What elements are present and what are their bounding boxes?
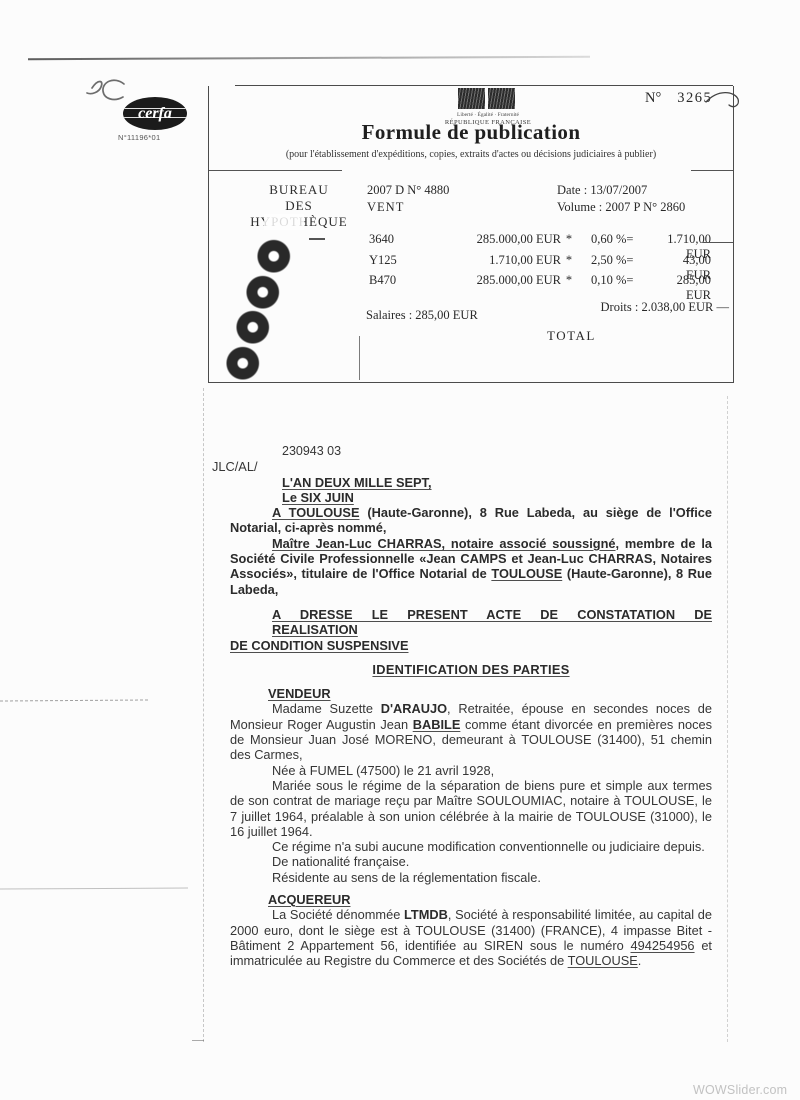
fee-row: Y125 1.710,00 EUR * 2,50 %= 43,00 EUR [369, 253, 711, 274]
vendeur-paragraph-1: Madame Suzette D'ARAUJO, Retraitée, épou… [230, 701, 712, 762]
vendeur-heading: VENDEUR [268, 686, 712, 701]
cerfa-number: N°11196*01 [118, 133, 198, 142]
total-label: TOTAL [547, 328, 596, 344]
acquereur-heading: ACQUEREUR [268, 892, 712, 907]
date-value: 13/07/2007 [590, 183, 647, 197]
fee-star: * [561, 253, 577, 268]
page-fold-line-left [203, 388, 204, 1042]
fee-star: * [561, 232, 577, 247]
scan-artifact-line-acquereur [0, 888, 188, 890]
fee-row: B470 285.000,00 EUR * 0,10 %= 285,00 EUR [369, 273, 711, 294]
fee-table: 3640 285.000,00 EUR * 0,60 %= 1.710,00 E… [369, 232, 711, 294]
scan-artifact-line-vendeur [0, 699, 148, 701]
punch-hole-stamp-icon [256, 237, 293, 274]
emblem-motto: Liberté · Égalité · Fraternité [436, 112, 540, 118]
punch-hole-stamp-icon [245, 273, 282, 310]
form-subtitle: (pour l'établissement d'expéditions, cop… [209, 149, 733, 160]
vendeur-paragraph-2: Née à FUMEL (47500) le 21 avril 1928, [230, 763, 712, 778]
fee-row: 3640 285.000,00 EUR * 0,60 %= 1.710,00 E… [369, 232, 711, 253]
header-divider-right [691, 170, 733, 171]
form-box-top-border [235, 85, 733, 86]
vendeur-paragraph-5: De nationalité française. [230, 854, 712, 869]
deed-body: 230943 03 JLC/AL/ L'AN DEUX MILLE SEPT, … [208, 444, 712, 969]
opening-paragraph-2: Maître Jean-Luc CHARRAS, notaire associé… [230, 536, 712, 597]
fee-rate: 0,60 %= [577, 232, 663, 247]
acquereur-paragraph-1: La Société dénommée LTMDB, Société à res… [230, 907, 712, 968]
dossier-ref: 2007 D N° 4880 [367, 182, 449, 199]
cerfa-logo-text: cerfa [138, 105, 172, 123]
volume-value: 2007 P N° 2860 [605, 200, 685, 214]
deed-date-line1: L'AN DEUX MILLE SEPT, [282, 475, 712, 490]
deed-date-line2: Le SIX JUIN [282, 490, 712, 505]
publication-form-box: Liberté · Égalité · Fraternité RÉPUBLIQU… [208, 86, 734, 383]
salaires-value: Salaires : 285,00 EUR [366, 308, 478, 323]
volume-label: Volume : [557, 200, 602, 214]
salaires-tick-line [359, 336, 360, 380]
fee-rate: 2,50 %= [577, 253, 663, 268]
opening-paragraph-1: A TOULOUSE (Haute-Garonne), 8 Rue Labeda… [230, 505, 712, 536]
form-number-label: N° [645, 90, 661, 106]
scan-fade-mask [264, 214, 304, 230]
handwritten-jc-initials-icon [76, 76, 128, 110]
form-title: Formule de publication [209, 120, 733, 145]
bureau-line2: DES [229, 198, 369, 214]
punch-hole-stamp-icon [235, 308, 272, 345]
fee-base: 285.000,00 EUR [419, 232, 561, 247]
bureau-line3: HYPOTHÈQUE [250, 214, 347, 230]
cerfa-logo: cerfa [123, 97, 187, 130]
watermark: WOWSlider.com [693, 1083, 787, 1097]
droits-value: Droits : 2.038,00 EUR — [601, 300, 729, 315]
header-divider-left [209, 170, 342, 171]
bureau-block: BUREAU DES HYPOTHÈQUE [229, 182, 369, 230]
fee-base: 1.710,00 EUR [419, 253, 561, 268]
fee-code: B470 [369, 273, 419, 288]
file-number: 230943 03 [282, 444, 712, 459]
fee-total-line [703, 242, 733, 243]
vendeur-paragraph-3: Mariée sous le régime de la séparation d… [230, 778, 712, 839]
acte-heading: A DRESSE LE PRESENT ACTE DE CONSTATATION… [230, 607, 712, 653]
republique-francaise-emblem-icon [458, 88, 518, 109]
scanned-document: cerfa N°11196*01 Liberté · Égalité · Fra… [0, 0, 800, 1100]
clerk-initials: JLC/AL/ [212, 459, 712, 474]
vendeur-paragraph-6: Résidente au sens de la réglementation f… [230, 870, 712, 885]
registration-block: Date : 13/07/2007 Volume : 2007 P N° 286… [557, 182, 685, 216]
page-fold-foot-tick [192, 1040, 204, 1041]
fee-code: 3640 [369, 232, 419, 247]
fee-star: * [561, 273, 577, 288]
punch-hole-stamp-icon [225, 344, 262, 381]
dossier-nature: VENT [367, 199, 449, 216]
vendeur-paragraph-4: Ce régime n'a subi aucune modification c… [230, 839, 712, 854]
fee-amount: 285,00 EUR [663, 273, 711, 303]
fee-code: Y125 [369, 253, 419, 268]
fee-rate: 0,10 %= [577, 273, 663, 288]
bureau-dash-mark [309, 238, 325, 240]
scan-artifact-line-top [28, 56, 590, 60]
date-label: Date : [557, 183, 587, 197]
fee-base: 285.000,00 EUR [419, 273, 561, 288]
dossier-block: 2007 D N° 4880 VENT [367, 182, 449, 216]
bureau-line1: BUREAU [229, 182, 369, 198]
handwritten-swoosh-icon [703, 86, 741, 112]
section-title-identification: IDENTIFICATION DES PARTIES [230, 662, 712, 677]
page-fold-line-right [727, 396, 728, 1042]
